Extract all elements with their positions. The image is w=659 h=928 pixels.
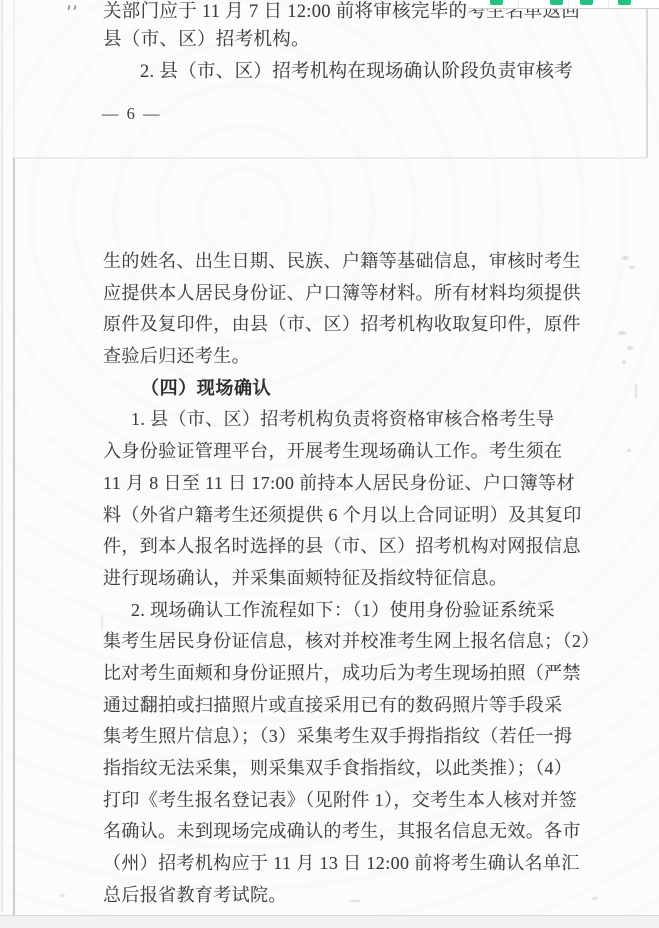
section-heading: （四）现场确认 (103, 373, 577, 405)
viewer-background-strip (0, 915, 659, 928)
scan-artifact (627, 346, 633, 350)
text-line: 应提供本人居民身份证、户口簿等材料。所有材料均须提供 (103, 278, 577, 310)
text-line: 名确认。未到现场完成确认的考生，其报名信息无效。各市 (103, 816, 577, 848)
scan-artifact (627, 449, 631, 452)
scan-artifact (60, 894, 65, 897)
toolbar-separator (568, 0, 569, 7)
scan-artifact (629, 266, 635, 269)
text-line: 指指纹无法采集，则采集双手食指指纹，以此类推）；（4） (103, 753, 577, 785)
text-line: 件，到本人报名时选择的县（市、区）招考机构对网报信息 (103, 531, 577, 563)
scan-artifact (618, 331, 626, 335)
toolbar-separator (518, 0, 519, 7)
green-button-fragment[interactable] (618, 0, 631, 5)
scan-artifact (73, 5, 76, 10)
text-line: 打印《考生报名登记表》（见附件 1），交考生本人核对并签 (103, 785, 577, 817)
green-button-fragment[interactable] (550, 0, 563, 5)
document-viewer: 关部门应于 11 月 7 日 12:00 前将审核完毕的考生名单返回 县（市、区… (0, 0, 659, 928)
text-line: 入身份验证管理平台，开展考生现场确认工作。考生须在 (103, 436, 577, 468)
green-button-fragment[interactable] (580, 0, 593, 5)
text-line: 原件及复印件，由县（市、区）招考机构收取复印件，原件 (103, 309, 577, 341)
text-line: 集考生照片信息）；（3）采集考生双手拇指指纹（若任一拇 (103, 721, 577, 753)
scan-artifact (350, 900, 360, 902)
text-line: 11 月 8 日至 11 日 17:00 前持本人居民身份证、户口簿等材 (103, 468, 577, 500)
text-line: 1. 县（市、区）招考机构负责将资格审核合格考生导 (103, 404, 577, 436)
text-line: 县（市、区）招考机构。 (103, 29, 310, 51)
text-line: 生的姓名、出生日期、民族、户籍等基础信息，审核时考生 (103, 246, 577, 278)
text-line: 查验后归还考生。 (103, 341, 577, 373)
text-line: 料（外省户籍考生还须提供 6 个月以上合同证明）及其复印 (103, 500, 577, 532)
green-button-fragment[interactable] (490, 0, 503, 5)
toolbar-separator (608, 0, 609, 7)
page-edge-line-left-bottom (13, 158, 15, 915)
page-edge-line-right (646, 8, 648, 158)
text-line: 通过翻拍或扫描照片或直接采用已有的数码照片等手段采 (103, 690, 577, 722)
scan-artifact (635, 384, 637, 398)
page-edge-line-left-top (13, 0, 15, 158)
text-line: （州）招考机构应于 11 月 13 日 12:00 前将考生确认名单汇 (103, 848, 577, 880)
scan-artifact (101, 615, 103, 631)
toolbar-fragment (468, 0, 659, 9)
text-line: 比对考生面颊和身份证照片，成功后为考生现场拍照（严禁 (103, 658, 577, 690)
page-number: — 6 — (102, 104, 162, 124)
scan-artifact (622, 360, 626, 364)
scan-artifact (67, 5, 70, 10)
scan-artifact (622, 256, 629, 260)
text-line: 进行现场确认，并采集面颊特征及指纹特征信息。 (103, 563, 577, 595)
page-edge-line-left-outer (1, 0, 3, 913)
page-separator (13, 157, 646, 159)
text-line: 2. 现场确认工作流程如下：（1）使用身份验证系统采 (103, 595, 577, 627)
scan-artifact (592, 897, 598, 900)
text-line: 2. 县（市、区）招考机构在现场确认阶段负责审核考 (140, 61, 573, 83)
text-line: 集考生居民身份证信息，核对并校准考生网上报名信息；（2） (103, 626, 577, 658)
text-line: 总后报省教育考试院。 (103, 880, 577, 912)
page-body: 生的姓名、出生日期、民族、户籍等基础信息，审核时考生 应提供本人居民身份证、户口… (103, 246, 577, 911)
